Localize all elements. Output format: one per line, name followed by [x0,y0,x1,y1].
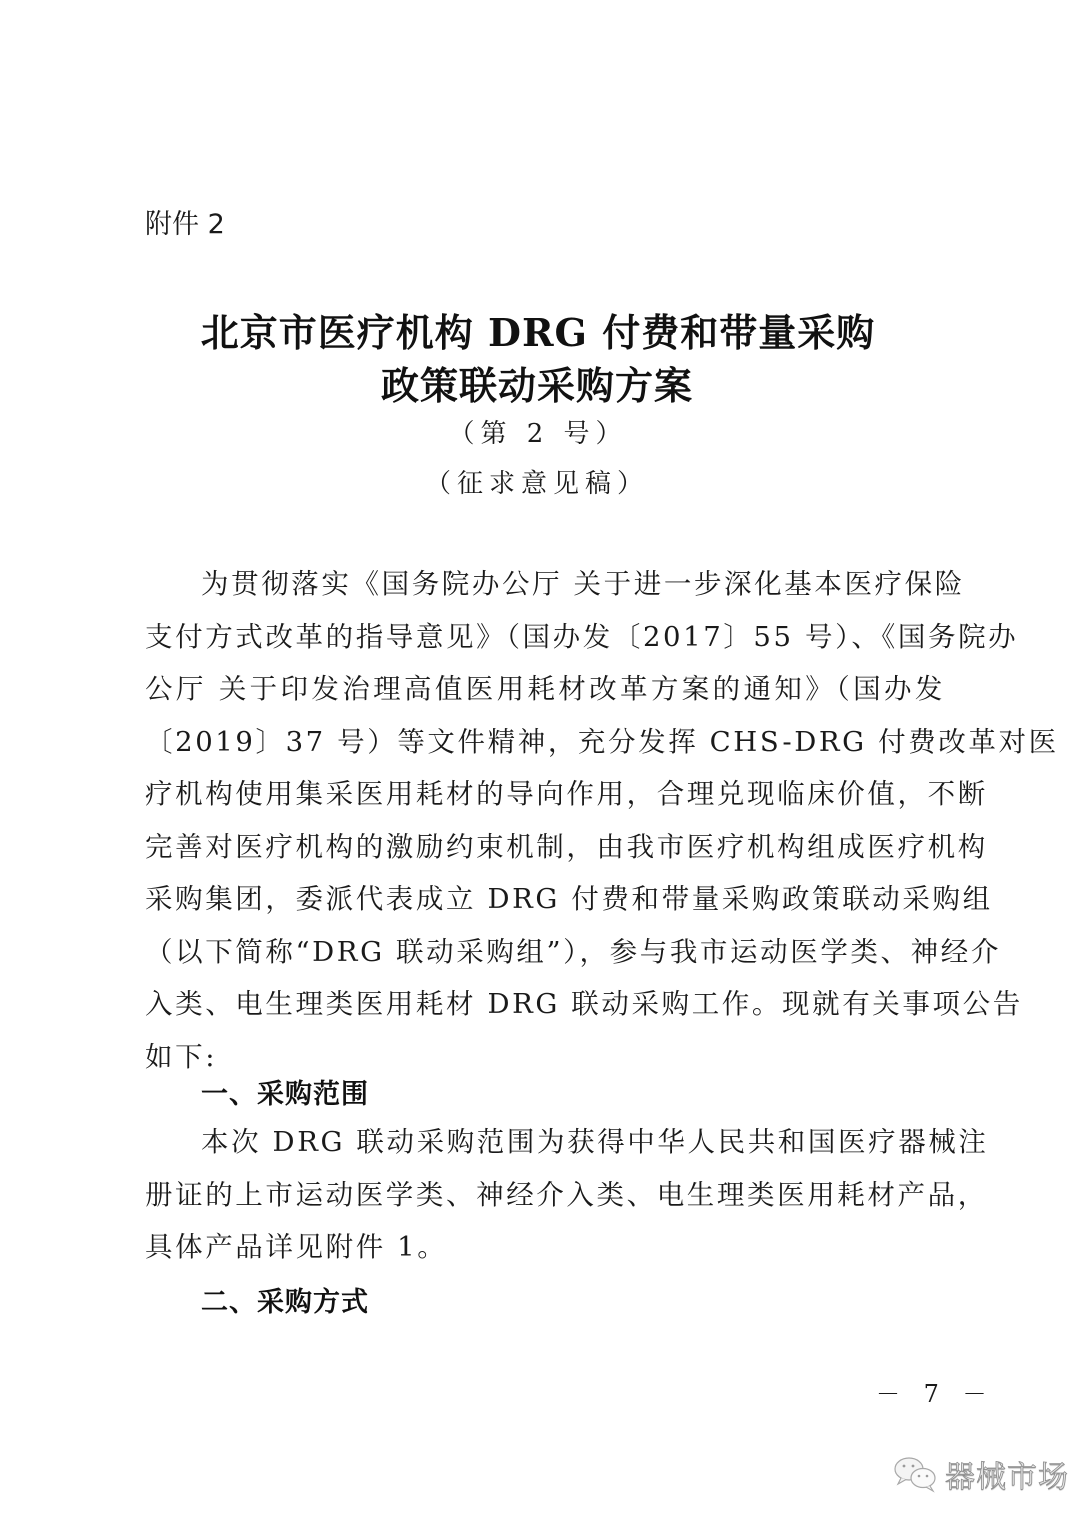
paragraph-line: 为贯彻落实《国务院办公厅 关于进一步深化基本医疗保险 [145,558,945,611]
section-heading-scope: 一、采购范围 [201,1072,369,1111]
paragraph-line: 完善对医疗机构的激励约束机制，由我市医疗机构组成医疗机构 [145,821,945,874]
paragraph-line: 册证的上市运动医学类、神经介入类、电生理类医用耗材产品， [145,1169,945,1222]
intro-paragraph: 为贯彻落实《国务院办公厅 关于进一步深化基本医疗保险 支付方式改革的指导意见》（… [145,558,945,1083]
watermark: 器械市场 [893,1452,1069,1496]
document-title-line-2: 政策联动采购方案 [0,355,1077,410]
document-page: 附件 2 北京市医疗机构 DRG 付费和带量采购 政策联动采购方案 （第 2 号… [0,0,1080,1527]
issue-number: （第 2 号） [0,413,1078,450]
paragraph-line: 〔2019〕37 号）等文件精神，充分发挥 CHS-DRG 付费改革对医 [145,716,945,769]
scope-paragraph: 本次 DRG 联动采购范围为获得中华人民共和国医疗器械注 册证的上市运动医学类、… [145,1116,945,1274]
paragraph-line: 具体产品详见附件 1。 [145,1221,945,1274]
paragraph-line: 公厅 关于印发治理高值医用耗材改革方案的通知》（国办发 [145,663,945,716]
page-number: － 7 － [876,1374,995,1409]
paragraph-line: 入类、电生理类医用耗材 DRG 联动采购工作。现就有关事项公告 [145,978,945,1031]
paragraph-line: 支付方式改革的指导意见》（国办发〔2017〕55 号）、《国务院办 [145,611,945,664]
wechat-icon [893,1455,939,1493]
section-heading-method: 二、采购方式 [201,1280,369,1319]
document-title-line-1: 北京市医疗机构 DRG 付费和带量采购 [0,302,1078,357]
paragraph-line: 采购集团，委派代表成立 DRG 付费和带量采购政策联动采购组 [145,873,945,926]
paragraph-line: 本次 DRG 联动采购范围为获得中华人民共和国医疗器械注 [145,1116,945,1169]
attachment-label: 附件 2 [145,202,225,241]
watermark-text: 器械市场 [945,1452,1069,1496]
paragraph-line: （以下简称“DRG 联动采购组”），参与我市运动医学类、神经介 [145,926,945,979]
draft-note: （征求意见稿） [0,463,1077,500]
paragraph-line: 疗机构使用集采医用耗材的导向作用，合理兑现临床价值，不断 [145,768,945,821]
